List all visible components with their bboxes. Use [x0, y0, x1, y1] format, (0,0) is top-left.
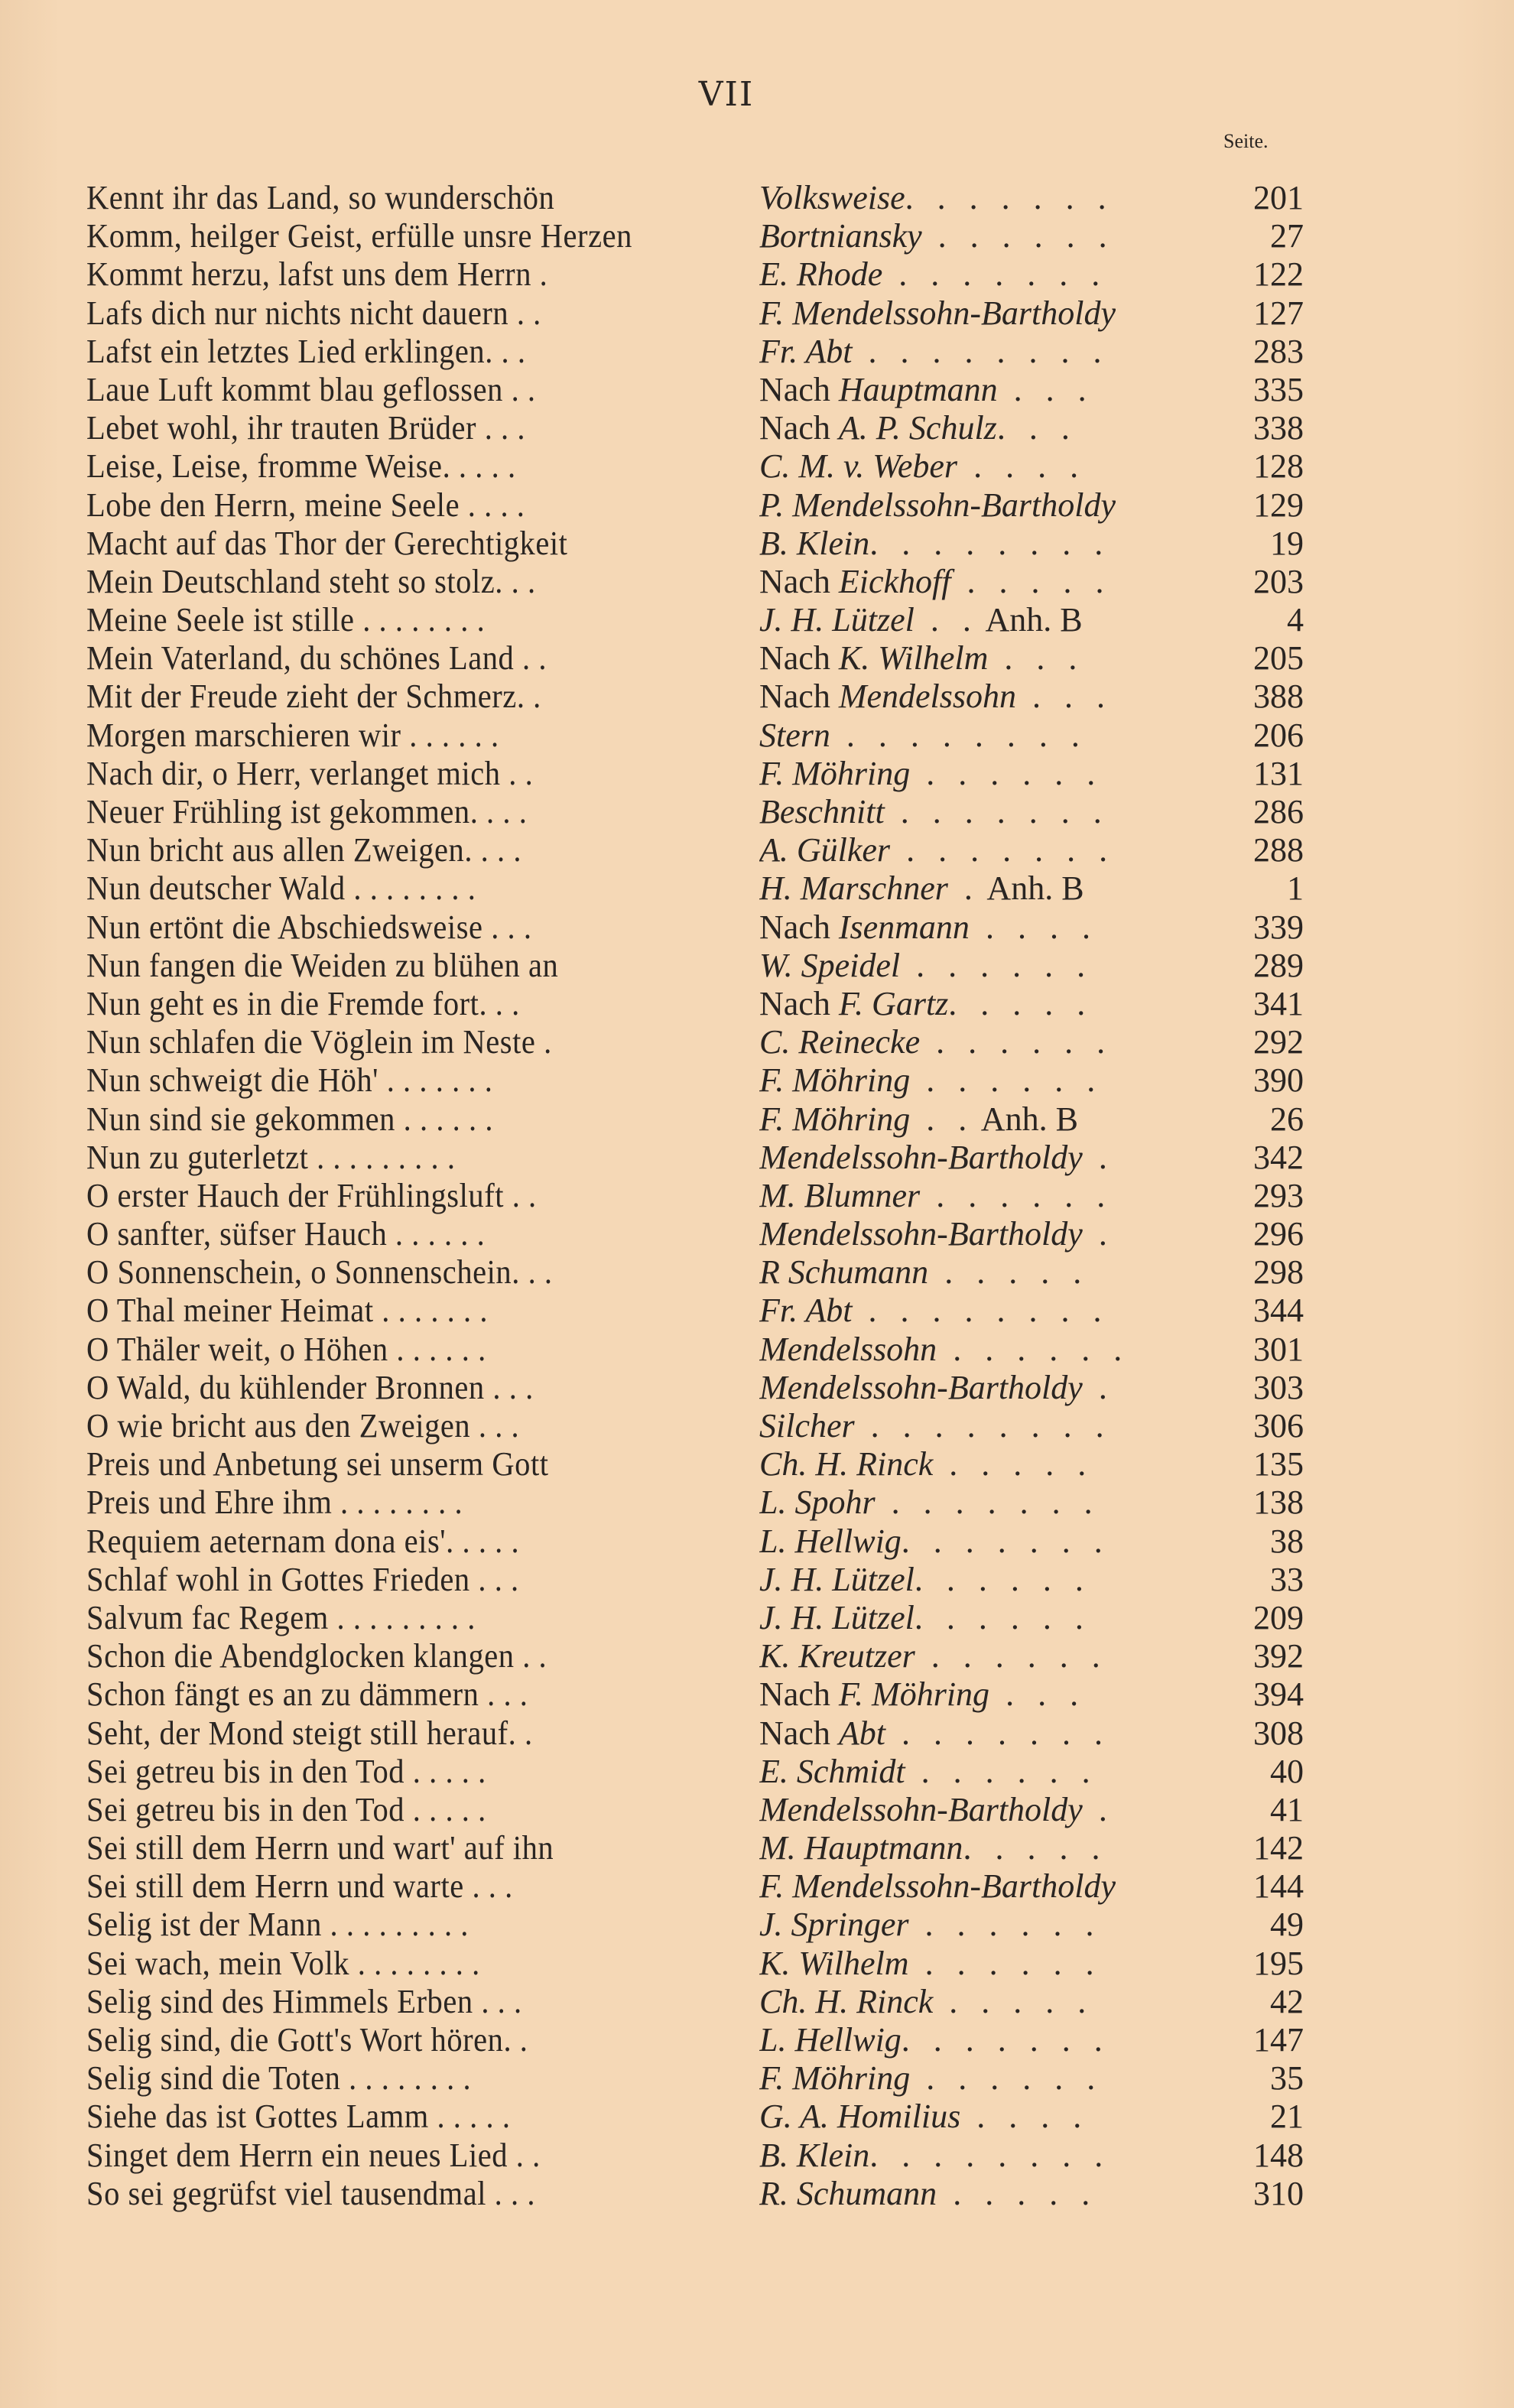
entry-title: O Wald, du kühlender Bronnen . . .	[86, 1369, 706, 1407]
composer-name: G. A. Homilius	[759, 2098, 960, 2135]
toc-entry: Selig sind, die Gott's Wort hören. .L. H…	[86, 2021, 1304, 2059]
entry-title: Nun bricht aus allen Zweigen. . . .	[86, 831, 706, 869]
entry-composer: Nach A. P. Schulz. . .	[759, 409, 1235, 447]
composer-name: B. Klein	[759, 2137, 869, 2174]
leader-dots: . . . . . . .	[885, 793, 1110, 830]
composer-name: J. H. Lützel	[759, 601, 915, 639]
entry-title: Lafs dich nur nichts nicht dauern . .	[86, 294, 706, 333]
composer-prefix: Nach	[759, 678, 839, 715]
entry-title: Nun deutscher Wald . . . . . . . .	[86, 869, 706, 908]
toc-entry: Sei getreu bis in den Tod . . . . .E. Sc…	[86, 1753, 1304, 1791]
composer-name: F. Möhring	[839, 1675, 989, 1713]
toc-entry: Nun fangen die Weiden zu blühen anW. Spe…	[86, 947, 1304, 985]
entry-title: O Sonnenschein, o Sonnenschein. . .	[86, 1253, 706, 1292]
leader-dots: . . . .	[970, 908, 1098, 946]
composer-name: B. Klein	[759, 525, 869, 562]
composer-prefix: Nach	[759, 371, 839, 408]
toc-entry: Sei still dem Herrn und warte . . .F. Me…	[86, 1867, 1304, 1906]
leader-dots: . . . . .	[928, 1253, 1089, 1291]
page-ref: 33	[1235, 1561, 1304, 1599]
appendix-label: Anh. B	[974, 1100, 1078, 1138]
leader-dots: . . . . . . .	[882, 255, 1107, 293]
composer-name: Stern	[759, 717, 830, 754]
entry-title: Leise, Leise, fromme Weise. . . . .	[86, 447, 706, 486]
entry-title: Requiem aeternam dona eis'. . . . .	[86, 1522, 706, 1561]
leader-dots: . . . . . .	[915, 1637, 1108, 1675]
leader-dots: . . . . . . .	[885, 1714, 1110, 1752]
entry-composer: Mendelssohn-Bartholdy .	[759, 1369, 1235, 1407]
page-ref: 1	[1235, 869, 1304, 908]
composer-name: Ch. H. Rinck	[759, 1445, 933, 1483]
entry-composer: Nach Mendelssohn . . .	[759, 678, 1235, 716]
page-ref: 206	[1235, 717, 1304, 755]
entry-title: Lafst ein letztes Lied erklingen. . .	[86, 333, 706, 371]
toc-entry: Morgen marschieren wir . . . . . .Stern …	[86, 717, 1304, 755]
entry-composer: L. Spohr . . . . . . .	[759, 1483, 1235, 1522]
toc-entry: Macht auf das Thor der GerechtigkeitB. K…	[86, 525, 1304, 563]
entry-composer: R Schumann . . . . .	[759, 1253, 1235, 1292]
leader-dots: . . . . . .	[937, 1331, 1129, 1368]
leader-dots: . . . . . .	[915, 1561, 1091, 1598]
toc-entry: Mein Deutschland steht so stolz. . .Nach…	[86, 563, 1304, 601]
entry-title: Siehe das ist Gottes Lamm . . . . .	[86, 2098, 706, 2136]
page-ref: 122	[1235, 255, 1304, 294]
entry-composer: J. Springer . . . . . .	[759, 1906, 1235, 1944]
toc-entry: Schon die Abendglocken klangen . .K. Kre…	[86, 1637, 1304, 1675]
composer-name: E. Rhode	[759, 255, 882, 293]
entry-composer: F. Möhring . . . . . .	[759, 1061, 1235, 1100]
page-ref: 195	[1235, 1945, 1304, 1983]
composer-name: Mendelssohn-Bartholdy	[759, 1369, 1083, 1406]
toc-entry: Neuer Frühling ist gekommen. . . .Beschn…	[86, 793, 1304, 831]
composer-name: L. Hellwig	[759, 2021, 902, 2059]
entry-composer: Nach Abt . . . . . . .	[759, 1714, 1235, 1753]
composer-name: R Schumann	[759, 1253, 928, 1291]
leader-dots: . . .	[989, 1675, 1086, 1713]
composer-name: Isenmann	[839, 908, 970, 946]
entry-composer: E. Schmidt . . . . . .	[759, 1753, 1235, 1791]
entry-title: Salvum fac Regem . . . . . . . . .	[86, 1599, 706, 1637]
toc-entry: O Thal meiner Heimat . . . . . . .Fr. Ab…	[86, 1292, 1304, 1330]
page-ref: 388	[1235, 678, 1304, 716]
page-ref: 148	[1235, 2137, 1304, 2175]
leader-dots: . . . . .	[933, 1983, 1093, 2020]
entry-composer: Nach Hauptmann . . .	[759, 371, 1235, 409]
page-ref: 392	[1235, 1637, 1304, 1675]
leader-dots: . . . . .	[948, 985, 1093, 1022]
leader-dots: . . . . . .	[910, 1061, 1103, 1099]
composer-name: P. Mendelssohn-Bartholdy	[759, 486, 1116, 524]
page-ref: 298	[1235, 1253, 1304, 1292]
toc-entry: Lafs dich nur nichts nicht dauern . .F. …	[86, 294, 1304, 333]
page-ref: 306	[1235, 1407, 1304, 1445]
composer-name: Eickhoff	[839, 563, 951, 600]
composer-name: Silcher	[759, 1407, 855, 1444]
entry-composer: F. Möhring . . . . . .	[759, 2059, 1235, 2098]
toc-entry: O Thäler weit, o Höhen . . . . . .Mendel…	[86, 1331, 1304, 1369]
toc-entry: Lafst ein letztes Lied erklingen. . .Fr.…	[86, 333, 1304, 371]
page-ref: 147	[1235, 2021, 1304, 2059]
page-ref: 292	[1235, 1023, 1304, 1061]
page-ref: 21	[1235, 2098, 1304, 2136]
composer-name: M. Hauptmann	[759, 1829, 963, 1867]
page-ref: 127	[1235, 294, 1304, 333]
entry-composer: F. Möhring . . Anh. B	[759, 1100, 1235, 1139]
entry-title: Selig sind, die Gott's Wort hören. .	[86, 2021, 706, 2059]
entry-composer: B. Klein. . . . . . . .	[759, 2137, 1235, 2175]
appendix-label: Anh. B	[980, 869, 1084, 907]
page-ref: 335	[1235, 371, 1304, 409]
entry-title: Laue Luft kommt blau geflossen . .	[86, 371, 706, 409]
composer-name: M. Blumner	[759, 1177, 920, 1214]
toc-entry: Nun deutscher Wald . . . . . . . .H. Mar…	[86, 869, 1304, 908]
composer-prefix: Nach	[759, 1675, 839, 1713]
toc-entry: O Wald, du kühlender Bronnen . . .Mendel…	[86, 1369, 1304, 1407]
composer-name: Fr. Abt	[759, 333, 852, 370]
entry-composer: A. Gülker . . . . . . .	[759, 831, 1235, 869]
entry-composer: Ch. H. Rinck . . . . .	[759, 1445, 1235, 1483]
toc-entry: O wie bricht aus den Zweigen . . .Silche…	[86, 1407, 1304, 1445]
entry-composer: Ch. H. Rinck . . . . .	[759, 1983, 1235, 2021]
leader-dots: . . . . . .	[905, 1753, 1098, 1790]
toc-entry: Leise, Leise, fromme Weise. . . . .C. M.…	[86, 447, 1304, 486]
page-ref: 209	[1235, 1599, 1304, 1637]
entry-composer: E. Rhode . . . . . . .	[759, 255, 1235, 294]
composer-name: Mendelssohn-Bartholdy	[759, 1215, 1083, 1253]
page-ref: 144	[1235, 1867, 1304, 1906]
page-ref: 131	[1235, 755, 1304, 793]
toc-entry: Nach dir, o Herr, verlanget mich . .F. M…	[86, 755, 1304, 793]
composer-name: F. Möhring	[759, 755, 910, 792]
leader-dots: . . . . . . . .	[852, 1292, 1109, 1329]
composer-name: H. Marschner	[759, 869, 948, 907]
page-ref: 390	[1235, 1061, 1304, 1100]
composer-name: F. Möhring	[759, 2059, 910, 2097]
toc-entry: Mein Vaterland, du schönes Land . .Nach …	[86, 639, 1304, 678]
leader-dots: . . . . . .	[915, 1599, 1091, 1636]
entry-composer: Nach F. Möhring . . .	[759, 1675, 1235, 1714]
page-ref: 135	[1235, 1445, 1304, 1483]
composer-name: Mendelssohn-Bartholdy	[759, 1139, 1083, 1176]
entry-title: Nun fangen die Weiden zu blühen an	[86, 947, 706, 985]
entry-title: Preis und Ehre ihm . . . . . . . .	[86, 1483, 706, 1522]
composer-name: Beschnitt	[759, 793, 885, 830]
toc-entry: Requiem aeternam dona eis'. . . . .L. He…	[86, 1522, 1304, 1561]
leader-dots: .	[1083, 1369, 1115, 1406]
entry-composer: G. A. Homilius . . . .	[759, 2098, 1235, 2136]
composer-name: F. Möhring	[759, 1100, 910, 1138]
toc-entry: Seht, der Mond steigt still herauf. .Nac…	[86, 1714, 1304, 1753]
leader-dots: . . . . . .	[909, 1906, 1102, 1943]
entry-title: Mit der Freude zieht der Schmerz. .	[86, 678, 706, 716]
page-ref: 128	[1235, 447, 1304, 486]
entry-title: Mein Deutschland steht so stolz. . .	[86, 563, 706, 601]
composer-name: F. Möhring	[759, 1061, 910, 1099]
composer-name: K. Wilhelm	[759, 1945, 909, 1982]
leader-dots: . . . . .	[933, 1445, 1093, 1483]
toc-entry: Laue Luft kommt blau geflossen . .Nach H…	[86, 371, 1304, 409]
toc-entry: O Sonnenschein, o Sonnenschein. . .R Sch…	[86, 1253, 1304, 1292]
leader-dots: . . . . . . . .	[869, 525, 1110, 562]
composer-prefix: Nach	[759, 908, 839, 946]
toc-entry: Sei wach, mein Volk . . . . . . . .K. Wi…	[86, 1945, 1304, 1983]
entry-composer: Mendelssohn-Bartholdy .	[759, 1215, 1235, 1253]
entry-composer: C. Reinecke . . . . . .	[759, 1023, 1235, 1061]
entry-title: Nun schweigt die Höh' . . . . . . .	[86, 1061, 706, 1100]
entry-title: Sei still dem Herrn und warte . . .	[86, 1867, 706, 1906]
page-ref: 138	[1235, 1483, 1304, 1522]
column-label-seite: Seite.	[1223, 130, 1269, 153]
leader-dots: .	[1083, 1215, 1115, 1253]
leader-dots: . . . . . . . .	[830, 717, 1087, 754]
entry-title: Seht, der Mond steigt still herauf. .	[86, 1714, 706, 1753]
entry-title: Singet dem Herrn ein neues Lied . .	[86, 2137, 706, 2175]
leader-dots: . .	[910, 1100, 974, 1138]
composer-name: C. Reinecke	[759, 1023, 920, 1061]
leader-dots: . .	[915, 601, 979, 639]
toc-entry: Komm, heilger Geist, erfülle unsre Herze…	[86, 217, 1304, 255]
entry-composer: J. H. Lützel. . . . . .	[759, 1599, 1235, 1637]
page-ref: 341	[1235, 985, 1304, 1023]
entry-title: Nun sind sie gekommen . . . . . .	[86, 1100, 706, 1139]
composer-name: W. Speidel	[759, 947, 900, 984]
toc-entry: O erster Hauch der Frühlingsluft . .M. B…	[86, 1177, 1304, 1215]
entry-composer: B. Klein. . . . . . . .	[759, 525, 1235, 563]
entry-title: Nun geht es in die Fremde fort. . .	[86, 985, 706, 1023]
page-ref: 201	[1235, 179, 1304, 217]
toc-entry: Kommt herzu, lafst uns dem Herrn .E. Rho…	[86, 255, 1304, 294]
toc-entry: Preis und Anbetung sei unserm GottCh. H.…	[86, 1445, 1304, 1483]
composer-prefix: Nach	[759, 563, 839, 600]
leader-dots: .	[1083, 1139, 1115, 1176]
entry-composer: Nach K. Wilhelm . . .	[759, 639, 1235, 678]
leader-dots: . . . .	[960, 2098, 1089, 2135]
entry-composer: K. Kreutzer . . . . . .	[759, 1637, 1235, 1675]
entry-composer: Mendelssohn-Bartholdy .	[759, 1791, 1235, 1829]
page-ref: 338	[1235, 409, 1304, 447]
page-ref: 342	[1235, 1139, 1304, 1177]
composer-name: K. Wilhelm	[839, 639, 989, 677]
entry-composer: M. Blumner . . . . . .	[759, 1177, 1235, 1215]
entry-composer: W. Speidel . . . . . .	[759, 947, 1235, 985]
composer-name: Bortniansky	[759, 217, 922, 255]
leader-dots: . . . . . .	[920, 1023, 1113, 1061]
toc-entry: Selig sind die Toten . . . . . . . .F. M…	[86, 2059, 1304, 2098]
toc-entry: Kennt ihr das Land, so wunderschönVolksw…	[86, 179, 1304, 217]
entry-composer: J. H. Lützel . . Anh. B	[759, 601, 1235, 639]
entry-title: Lebet wohl, ihr trauten Brüder . . .	[86, 409, 706, 447]
entry-title: Kennt ihr das Land, so wunderschön	[86, 179, 706, 217]
composer-name: A. P. Schulz	[839, 409, 997, 447]
entry-composer: Mendelssohn . . . . . .	[759, 1331, 1235, 1369]
leader-dots: .	[948, 869, 980, 907]
composer-name: Hauptmann	[839, 371, 998, 408]
entry-title: O erster Hauch der Frühlingsluft . .	[86, 1177, 706, 1215]
leader-dots: . . . . . . . .	[852, 333, 1109, 370]
toc-entry: Nun sind sie gekommen . . . . . .F. Möhr…	[86, 1100, 1304, 1139]
page-ref: 286	[1235, 793, 1304, 831]
composer-name: Ch. H. Rinck	[759, 1983, 933, 2020]
composer-name: J. H. Lützel	[759, 1599, 915, 1636]
entry-composer: Mendelssohn-Bartholdy .	[759, 1139, 1235, 1177]
leader-dots: . . . . . . .	[876, 1483, 1100, 1521]
entry-composer: Nach Isenmann . . . .	[759, 908, 1235, 947]
composer-name: Mendelssohn-Bartholdy	[759, 1791, 1083, 1828]
leader-dots: . . . . . . .	[902, 1522, 1110, 1560]
composer-name: F. Gartz	[839, 985, 948, 1022]
page-ref: 289	[1235, 947, 1304, 985]
composer-prefix: Nach	[759, 409, 839, 447]
page-ref: 38	[1235, 1522, 1304, 1561]
entry-title: O sanfter, süfser Hauch . . . . . .	[86, 1215, 706, 1253]
entry-composer: F. Mendelssohn-Bartholdy	[759, 1867, 1235, 1906]
composer-prefix: Nach	[759, 1714, 839, 1752]
entry-title: Nach dir, o Herr, verlanget mich . .	[86, 755, 706, 793]
entry-title: Macht auf das Thor der Gerechtigkeit	[86, 525, 706, 563]
leader-dots: . . . . .	[950, 563, 1111, 600]
entry-composer: L. Hellwig. . . . . . .	[759, 2021, 1235, 2059]
toc-entry: So sei gegrüfst viel tausendmal . . .R. …	[86, 2175, 1304, 2213]
toc-entry: Selig ist der Mann . . . . . . . . .J. S…	[86, 1906, 1304, 1944]
entry-title: Morgen marschieren wir . . . . . .	[86, 717, 706, 755]
toc-entry: Nun bricht aus allen Zweigen. . . .A. Gü…	[86, 831, 1304, 869]
page-ref: 42	[1235, 1983, 1304, 2021]
leader-dots: . . . . . . .	[905, 179, 1114, 216]
toc-entry: Meine Seele ist stille . . . . . . . .J.…	[86, 601, 1304, 639]
entry-title: Nun zu guterletzt . . . . . . . . .	[86, 1139, 706, 1177]
toc-entry: Preis und Ehre ihm . . . . . . . .L. Spo…	[86, 1483, 1304, 1522]
composer-name: J. Springer	[759, 1906, 909, 1943]
page-ref: 35	[1235, 2059, 1304, 2098]
page-ref: 19	[1235, 525, 1304, 563]
page-ref: 394	[1235, 1675, 1304, 1714]
composer-name: Mendelssohn	[759, 1331, 937, 1368]
leader-dots: . . .	[998, 371, 1094, 408]
entry-title: Sei getreu bis in den Tod . . . . .	[86, 1753, 706, 1791]
toc-entry: Nun geht es in die Fremde fort. . .Nach …	[86, 985, 1304, 1023]
entry-composer: L. Hellwig. . . . . . .	[759, 1522, 1235, 1561]
entry-composer: R. Schumann . . . . .	[759, 2175, 1235, 2213]
page-ref: 203	[1235, 563, 1304, 601]
page-ref: 308	[1235, 1714, 1304, 1753]
leader-dots: . . . . . . . .	[869, 2137, 1110, 2174]
composer-name: L. Hellwig	[759, 1522, 902, 1560]
toc-entry: Siehe das ist Gottes Lamm . . . . .G. A.…	[86, 2098, 1304, 2136]
entry-title: Meine Seele ist stille . . . . . . . .	[86, 601, 706, 639]
toc-entry: Nun schweigt die Höh' . . . . . . .F. Mö…	[86, 1061, 1304, 1100]
leader-dots: . . . .	[957, 447, 1086, 485]
composer-name: Fr. Abt	[759, 1292, 852, 1329]
entry-title: Schon fängt es an zu dämmern . . .	[86, 1675, 706, 1714]
entry-composer: Stern . . . . . . . .	[759, 717, 1235, 755]
leader-dots: . . . . . .	[910, 755, 1103, 792]
page-ref: 301	[1235, 1331, 1304, 1369]
composer-name: E. Schmidt	[759, 1753, 905, 1790]
entry-composer: Fr. Abt . . . . . . . .	[759, 333, 1235, 371]
entry-title: So sei gegrüfst viel tausendmal . . .	[86, 2175, 706, 2213]
entry-title: Sei wach, mein Volk . . . . . . . .	[86, 1945, 706, 1983]
toc-entry: Nun zu guterletzt . . . . . . . . .Mende…	[86, 1139, 1304, 1177]
entry-composer: Nach Eickhoff . . . . .	[759, 563, 1235, 601]
entry-composer: Bortniansky . . . . . .	[759, 217, 1235, 255]
toc-entry: Sei still dem Herrn und wart' auf ihnM. …	[86, 1829, 1304, 1867]
entry-composer: Beschnitt . . . . . . .	[759, 793, 1235, 831]
entry-composer: H. Marschner . Anh. B	[759, 869, 1235, 908]
entry-title: Kommt herzu, lafst uns dem Herrn .	[86, 255, 706, 294]
entry-title: Sei getreu bis in den Tod . . . . .	[86, 1791, 706, 1829]
entry-composer: C. M. v. Weber . . . .	[759, 447, 1235, 486]
composer-name: Volksweise	[759, 179, 905, 216]
entry-title: Schlaf wohl in Gottes Frieden . . .	[86, 1561, 706, 1599]
page-ref: 296	[1235, 1215, 1304, 1253]
table-of-contents: Kennt ihr das Land, so wunderschönVolksw…	[86, 179, 1304, 2213]
toc-entry: Singet dem Herrn ein neues Lied . .B. Kl…	[86, 2137, 1304, 2175]
entry-title: Preis und Anbetung sei unserm Gott	[86, 1445, 706, 1483]
entry-composer: P. Mendelssohn-Bartholdy	[759, 486, 1235, 525]
page-ref: 142	[1235, 1829, 1304, 1867]
composer-name: A. Gülker	[759, 831, 890, 869]
composer-name: Abt	[839, 1714, 885, 1752]
page-ref: 310	[1235, 2175, 1304, 2213]
leader-dots: . . . . . .	[920, 1177, 1113, 1214]
page-ref: 27	[1235, 217, 1304, 255]
page-ref: 205	[1235, 639, 1304, 678]
leader-dots: . . . . . .	[900, 947, 1093, 984]
entry-title: Komm, heilger Geist, erfülle unsre Herze…	[86, 217, 706, 255]
entry-title: Selig sind des Himmels Erben . . .	[86, 1983, 706, 2021]
leader-dots: . . . . .	[937, 2175, 1097, 2212]
leader-dots: . . .	[1016, 678, 1113, 715]
leader-dots: .	[1083, 1791, 1115, 1828]
toc-entry: Salvum fac Regem . . . . . . . . .J. H. …	[86, 1599, 1304, 1637]
entry-composer: F. Mendelssohn-Bartholdy	[759, 294, 1235, 333]
leader-dots: . . . . .	[963, 1829, 1107, 1867]
page-ref: 293	[1235, 1177, 1304, 1215]
page-ref: 4	[1235, 601, 1304, 639]
appendix-label: Anh. B	[979, 601, 1083, 639]
toc-entry: Lebet wohl, ihr trauten Brüder . . .Nach…	[86, 409, 1304, 447]
page-ref: 288	[1235, 831, 1304, 869]
page-ref: 303	[1235, 1369, 1304, 1407]
page-ref: 40	[1235, 1753, 1304, 1791]
entry-composer: Volksweise. . . . . . .	[759, 179, 1235, 217]
entry-title: Selig sind die Toten . . . . . . . .	[86, 2059, 706, 2098]
toc-entry: Schlaf wohl in Gottes Frieden . . .J. H.…	[86, 1561, 1304, 1599]
leader-dots: . . . . . . .	[902, 2021, 1110, 2059]
entry-title: Nun schlafen die Vöglein im Neste .	[86, 1023, 706, 1061]
toc-entry: Lobe den Herrn, meine Seele . . . .P. Me…	[86, 486, 1304, 525]
entry-composer: Silcher . . . . . . . .	[759, 1407, 1235, 1445]
leader-dots: . . . . . . .	[890, 831, 1115, 869]
composer-name: Mendelssohn	[839, 678, 1016, 715]
toc-entry: Mit der Freude zieht der Schmerz. .Nach …	[86, 678, 1304, 716]
composer-name: J. H. Lützel	[759, 1561, 915, 1598]
entry-title: Selig ist der Mann . . . . . . . . .	[86, 1906, 706, 1944]
page-ref: 344	[1235, 1292, 1304, 1330]
entry-title: O Thäler weit, o Höhen . . . . . .	[86, 1331, 706, 1369]
page-number: VII	[0, 75, 1453, 114]
toc-entry: O sanfter, süfser Hauch . . . . . .Mende…	[86, 1215, 1304, 1253]
entry-title: O wie bricht aus den Zweigen . . .	[86, 1407, 706, 1445]
page-ref: 49	[1235, 1906, 1304, 1944]
entry-title: Schon die Abendglocken klangen . .	[86, 1637, 706, 1675]
leader-dots: . . .	[988, 639, 1084, 677]
composer-name: R. Schumann	[759, 2175, 937, 2212]
toc-entry: Nun schlafen die Vöglein im Neste .C. Re…	[86, 1023, 1304, 1061]
page-ref: 283	[1235, 333, 1304, 371]
entry-composer: Fr. Abt . . . . . . . .	[759, 1292, 1235, 1330]
composer-name: K. Kreutzer	[759, 1637, 915, 1675]
